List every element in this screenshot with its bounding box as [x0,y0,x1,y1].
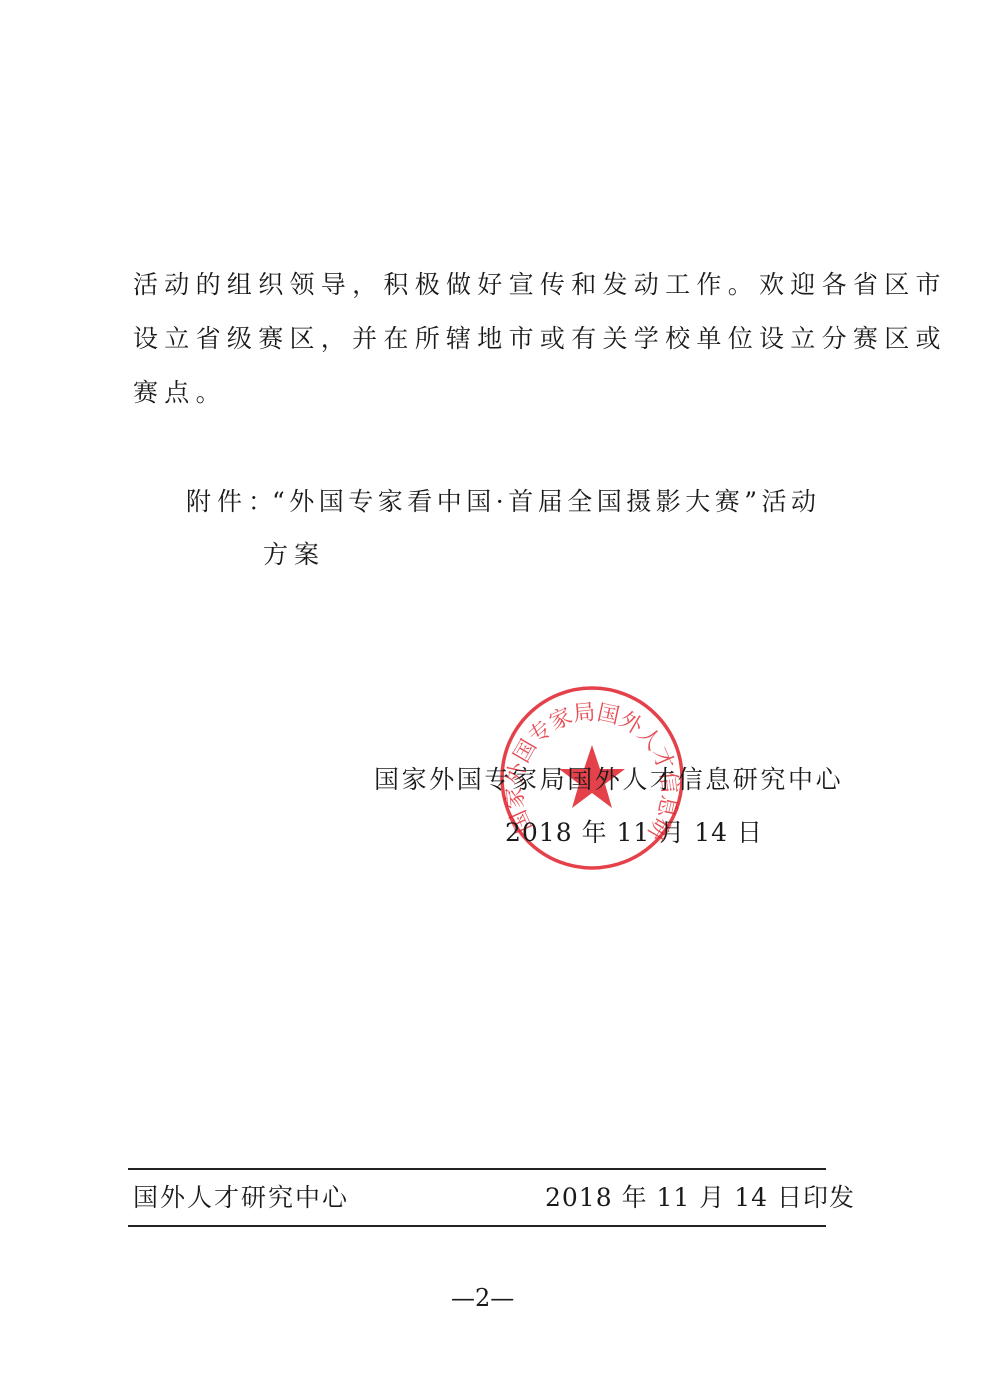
attachment-title-cont: 方案 [263,540,325,570]
attachment-label: 附件： [186,487,279,517]
footer-rule-top [128,1168,826,1170]
footer-issuer: 国外人才研究中心 [133,1183,349,1213]
paragraph-line: 设立省级赛区，并在所辖地市或有关学校单位设立分赛区或 [133,324,947,354]
attachment-title: “外国专家看中国·首届全国摄影大赛”活动 [272,487,821,517]
paragraph-line: 赛点。 [133,378,227,408]
signature-date: 2018 年 11 月 14 日 [505,818,763,848]
footer-issue-date: 2018 年 11 月 14 日印发 [545,1183,855,1213]
page-number: —2— [451,1283,514,1313]
paragraph-line: 活动的组织领导，积极做好宣传和发动工作。欢迎各省区市 [133,270,947,300]
signature-organization: 国家外国专家局国外人才信息研究中心 [374,765,843,795]
footer-rule-bottom [128,1225,826,1227]
